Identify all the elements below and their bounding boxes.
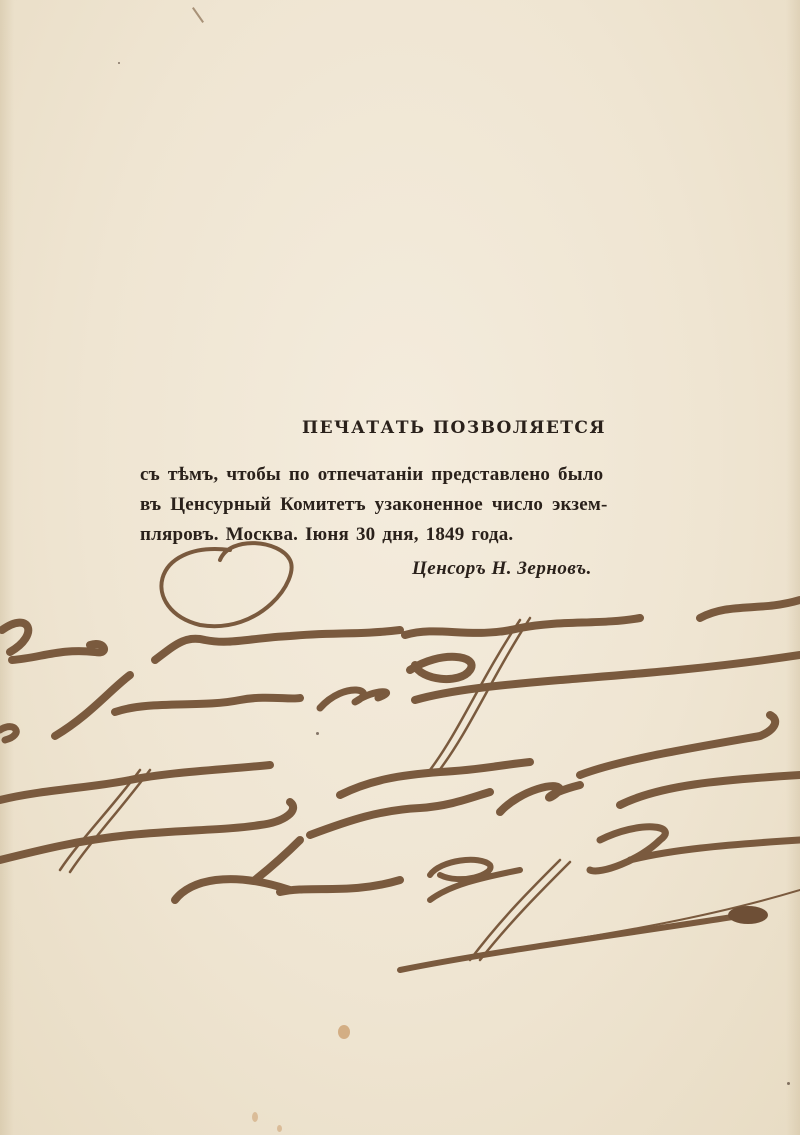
- censorship-text-line: съ тѣмъ, чтобы по отпечатаніи представле…: [140, 460, 740, 490]
- censorship-heading: ПЕЧАТАТЬ ПОЗВОЛЯЕТСЯ: [168, 418, 740, 438]
- paper-speck: [316, 732, 319, 735]
- ink-mark-top: [192, 7, 204, 23]
- document-page: ПЕЧАТАТЬ ПОЗВОЛЯЕТСЯ съ тѣмъ, чтобы по о…: [0, 0, 800, 1135]
- paper-speck: [118, 62, 120, 64]
- censorship-text-line: въ Ценсурный Комитетъ узаконенное число …: [140, 490, 740, 520]
- paper-stain: [252, 1112, 258, 1122]
- paper-speck: [787, 1082, 790, 1085]
- handwritten-inscription: ...енъ Ѳедотовичъ ... ...й Книга съ одоб…: [0, 540, 800, 980]
- handwriting-strokes: [0, 540, 800, 980]
- paper-stain: [277, 1125, 282, 1132]
- paper-stain: [338, 1025, 350, 1039]
